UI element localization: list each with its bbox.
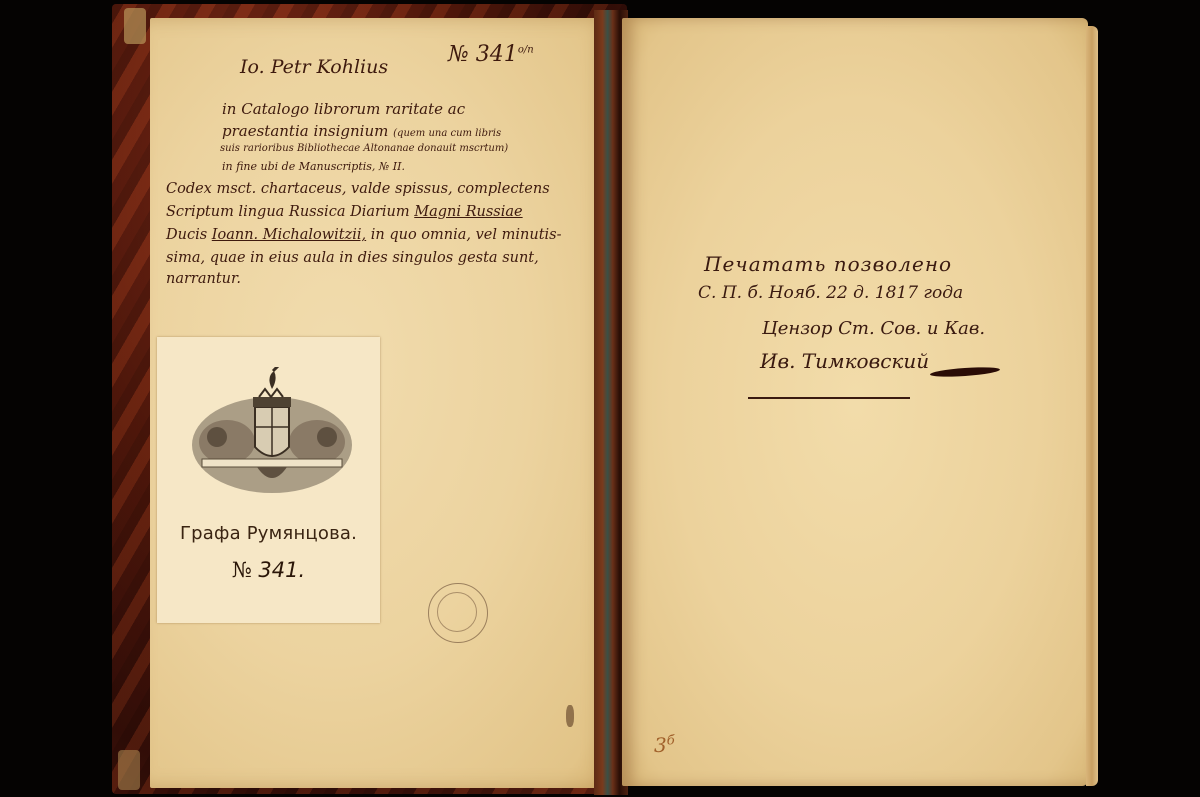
- paragraph-line: Ducis Ioann. Michalowitzii, in quo omnia…: [166, 227, 562, 243]
- page-edges: [1086, 26, 1098, 786]
- bookplate-number: № 341.: [157, 558, 380, 582]
- note-text: (quem una cum libris: [393, 128, 501, 139]
- library-stamp-icon: [428, 583, 488, 643]
- paragraph-text: Ducis: [166, 227, 207, 243]
- cover-wear: [118, 750, 140, 790]
- cover-wear: [124, 8, 146, 44]
- paragraph-line: Scriptum lingua Russica Diarium Magni Ru…: [166, 204, 523, 220]
- censor-note-line: С. П. б. Нояб. 22 д. 1817 года: [698, 283, 963, 303]
- ink-blot: [566, 705, 574, 727]
- bookplate-title: Графа Румянцова.: [157, 523, 380, 544]
- page-mark-number: 3: [654, 733, 667, 757]
- coat-of-arms-icon: [187, 367, 357, 507]
- note-line: in fine ubi de Manuscriptis, № II.: [222, 160, 405, 173]
- paragraph-underlined: Ioann. Michalowitzii,: [212, 227, 366, 243]
- shelfmark-sup: o/n: [518, 45, 534, 56]
- number-sign: №: [232, 558, 252, 582]
- shelfmark: № 341o/n: [448, 42, 534, 67]
- paragraph-line: narrantur.: [166, 271, 241, 287]
- censor-signature: Ив. Тимковский: [760, 349, 929, 373]
- note-line: suis rarioribus Bibliothecae Altonanae d…: [220, 143, 508, 154]
- paragraph-underlined: Magni Russiae: [414, 204, 522, 220]
- paragraph-line: Codex msct. chartaceus, valde spissus, c…: [166, 181, 550, 197]
- page-mark-sup: б: [667, 733, 675, 748]
- note-line: in Catalogo librorum raritate ac: [222, 100, 465, 118]
- bookplate-number-value: 341.: [258, 558, 305, 582]
- note-line: praestantia insignium (quem una cum libr…: [222, 122, 501, 140]
- page-mark: 3б: [654, 733, 675, 757]
- signature-underline: [748, 397, 910, 399]
- shelfmark-number: № 341: [448, 42, 518, 67]
- censor-note-line: Печатать позволено: [704, 252, 952, 276]
- note-text: praestantia insignium: [222, 122, 388, 140]
- paragraph-line: sima, quae in eius aula in dies singulos…: [166, 250, 539, 266]
- author-inscription: Io. Petr Kohlius: [240, 56, 388, 78]
- bookplate: Графа Румянцова. № 341.: [157, 337, 380, 623]
- paragraph-text: in quo omnia, vel minutis-: [371, 227, 562, 243]
- right-page: [622, 18, 1088, 786]
- censor-note-line: Цензор Ст. Сов. и Кав.: [762, 318, 985, 339]
- paragraph-text: Scriptum lingua Russica Diarium: [166, 204, 410, 220]
